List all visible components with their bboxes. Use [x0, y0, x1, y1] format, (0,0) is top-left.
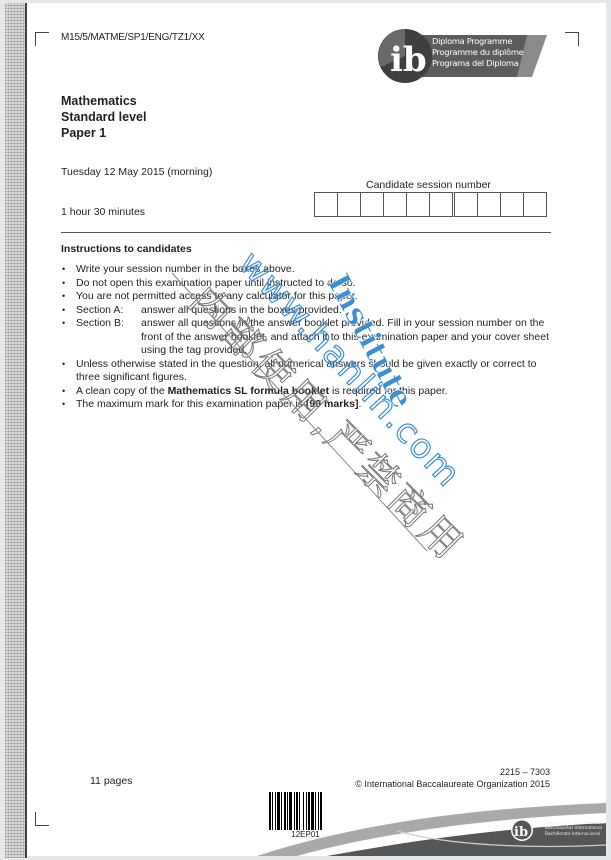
reference-number: 2215 – 7303 — [355, 766, 550, 778]
session-number-box[interactable] — [477, 192, 501, 217]
exam-date: Tuesday 12 May 2015 (morning) — [61, 166, 212, 178]
candidate-session-boxes — [315, 192, 547, 217]
instruction-item: The maximum mark for this examination pa… — [61, 398, 561, 412]
session-number-box[interactable] — [360, 192, 384, 217]
instruction-item: Section B:answer all questions in the an… — [61, 317, 561, 358]
svg-text:ib: ib — [514, 825, 528, 840]
logo-line-es: Programa del Diploma — [432, 58, 523, 69]
instructions-list: Write your session number in the boxes a… — [61, 263, 561, 412]
svg-text:ib: ib — [390, 40, 427, 80]
section-text: answer all questions in the answer bookl… — [141, 317, 561, 358]
instruction-item: Write your session number in the boxes a… — [61, 263, 561, 277]
session-number-box[interactable] — [500, 192, 524, 217]
instructions-title: Instructions to candidates — [61, 243, 192, 255]
subject-title: Mathematics — [61, 93, 146, 109]
section-text: answer all questions in the boxes provid… — [141, 304, 342, 318]
emphasis: Mathematics SL formula booklet — [168, 385, 329, 397]
instruction-item: Section A:answer all questions in the bo… — [61, 304, 561, 318]
subject-heading: Mathematics Standard level Paper 1 — [61, 93, 146, 141]
session-number-box[interactable] — [337, 192, 361, 217]
viewer-page-strip — [5, 3, 26, 858]
session-number-box[interactable] — [314, 192, 338, 217]
footer-ib-line-fr: Baccalauréat International — [545, 826, 606, 831]
session-number-box[interactable] — [452, 192, 478, 217]
footer-ib-logo-text: International Baccalaureate® Baccalauréa… — [545, 821, 606, 837]
paper-number: Paper 1 — [61, 125, 146, 141]
section-label: Section B: — [76, 317, 141, 358]
ib-diploma-logo: ib Diploma Programme Programme du diplôm… — [377, 27, 552, 83]
header-divider — [61, 232, 551, 233]
candidate-session-label: Candidate session number — [366, 179, 491, 191]
exam-duration: 1 hour 30 minutes — [61, 206, 145, 218]
logo-line-en: Diploma Programme — [432, 36, 523, 47]
emphasis: [90 marks] — [306, 398, 359, 410]
footer-swoosh: ib — [27, 783, 606, 856]
crop-mark-top-left — [35, 32, 49, 46]
logo-line-fr: Programme du diplôme — [432, 47, 523, 58]
session-number-box[interactable] — [429, 192, 453, 217]
crop-mark-top-right — [565, 32, 579, 46]
session-number-box[interactable] — [383, 192, 407, 217]
exam-cover-page: M15/5/MATME/SP1/ENG/TZ1/XX ib Diploma Pr… — [27, 3, 606, 856]
instruction-item: A clean copy of the Mathematics SL formu… — [61, 385, 561, 399]
instruction-item: Unless otherwise stated in the question,… — [61, 358, 561, 385]
footer-ib-line-es: Bachillerato Internacional — [545, 832, 606, 837]
instruction-item: Do not open this examination paper until… — [61, 277, 561, 291]
session-number-box[interactable] — [523, 192, 547, 217]
subject-level: Standard level — [61, 109, 146, 125]
session-number-box[interactable] — [406, 192, 430, 217]
paper-code: M15/5/MATME/SP1/ENG/TZ1/XX — [61, 32, 205, 43]
instruction-item: You are not permitted access to any calc… — [61, 290, 561, 304]
section-label: Section A: — [76, 304, 141, 318]
